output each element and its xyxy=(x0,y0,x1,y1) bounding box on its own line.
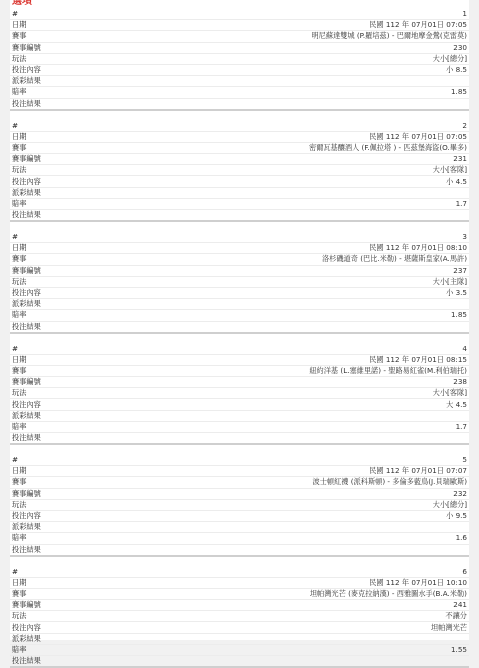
record-play-type-row: 玩法大小[總分] xyxy=(10,54,469,65)
record-index-label: # xyxy=(12,455,18,465)
record-match-number-value: 230 xyxy=(453,43,467,53)
record-match-number-value: 231 xyxy=(453,154,467,164)
record-bet-content-row: 投注內容小 4.5 xyxy=(10,176,469,187)
record-match-number-row: 賽事編號230 xyxy=(10,43,469,54)
record-match-row: 賽事坦帕灣光芒 (麥克拉納漢) - 西雅圖水手(B.A.米勒) xyxy=(10,589,469,600)
record-index-row: #1 xyxy=(10,9,469,20)
record-date-value: 民國 112 年 07月01日 07:07 xyxy=(369,466,467,476)
record-match-label: 賽事 xyxy=(12,143,26,153)
record-bet-content-row: 投注內容小 8.5 xyxy=(10,65,469,76)
record-play-type-label: 玩法 xyxy=(12,165,26,175)
record-index-label: # xyxy=(12,9,18,19)
record-match-number-value: 232 xyxy=(453,489,467,499)
record-payout-result-row: 派彩結果 xyxy=(10,76,469,87)
record-bet-result-row: 投注結果 xyxy=(10,322,469,334)
record-payout-result-row: 派彩結果 xyxy=(10,299,469,310)
record-play-type-value: 大小[客隊] xyxy=(433,165,467,175)
record-payout-result-label: 派彩結果 xyxy=(12,188,41,198)
record-play-type-row: 玩法不讓分 xyxy=(10,611,469,622)
record-match-number-value: 241 xyxy=(453,600,467,610)
record-payout-result-row: 派彩結果 xyxy=(10,522,469,533)
record-index-label: # xyxy=(12,344,18,354)
record-play-type-label: 玩法 xyxy=(12,54,26,64)
record-date-label: 日期 xyxy=(12,578,26,588)
record-play-type-row: 玩法大小[客隊] xyxy=(10,388,469,399)
record-match-number-value: 237 xyxy=(453,266,467,276)
record-odds-row: 賠率1.85 xyxy=(10,87,469,98)
record-payout-result-row: 派彩結果 xyxy=(10,188,469,199)
record-match-row: 賽事明尼蘇達雙城 (P.羅培茲) - 巴爾地摩金鶯(克雷莫) xyxy=(10,31,469,42)
bet-details-panel: 選項 #1日期民國 112 年 07月01日 07:05賽事明尼蘇達雙城 (P.… xyxy=(10,0,469,640)
record-play-type-label: 玩法 xyxy=(12,388,26,398)
record-date-value: 民國 112 年 07月01日 08:15 xyxy=(369,355,467,365)
record-odds-row: 賠率1.85 xyxy=(10,310,469,321)
record-bet-result-label: 投注結果 xyxy=(12,99,41,109)
record-bet-content-row: 投注內容大 4.5 xyxy=(10,399,469,410)
record-play-type-row: 玩法大小[客隊] xyxy=(10,165,469,176)
record-match-value: 坦帕灣光芒 (麥克拉納漢) - 西雅圖水手(B.A.米勒) xyxy=(310,589,467,599)
record-date-value: 民國 112 年 07月01日 10:10 xyxy=(369,578,467,588)
bet-record: #4日期民國 112 年 07月01日 08:15賽事紐約洋基 (L.塞維里諾)… xyxy=(10,344,469,446)
record-bet-content-row: 投注內容坦帕灣光芒 xyxy=(10,622,469,633)
record-match-label: 賽事 xyxy=(12,31,26,41)
record-match-number-row: 賽事編號237 xyxy=(10,266,469,277)
record-payout-result-label: 派彩結果 xyxy=(12,299,41,309)
record-index-label: # xyxy=(12,232,18,242)
record-odds-label: 賠率 xyxy=(12,422,26,432)
bet-record: #6日期民國 112 年 07月01日 10:10賽事坦帕灣光芒 (麥克拉納漢)… xyxy=(10,567,469,641)
record-index-value: 2 xyxy=(462,121,467,131)
record-payout-result-label: 派彩結果 xyxy=(12,634,41,640)
record-match-value: 波士頓紅襪 (派科斯頓) - 多倫多藍鳥(J.貝瑞歐斯) xyxy=(313,477,467,487)
record-match-label: 賽事 xyxy=(12,366,26,376)
record-date-row: 日期民國 112 年 07月01日 07:05 xyxy=(10,20,469,31)
record-match-row: 賽事密爾瓦基釀酒人 (F.佩拉塔 ) - 匹茲堡海盜(O.畢多) xyxy=(10,143,469,154)
record-bet-content-value: 大 4.5 xyxy=(446,400,467,410)
record-bet-content-value: 小 3.5 xyxy=(446,288,467,298)
record-index-row: #4 xyxy=(10,344,469,355)
record-bet-result-row: 投注結果 xyxy=(10,545,469,557)
bet-record: #2日期民國 112 年 07月01日 07:05賽事密爾瓦基釀酒人 (F.佩拉… xyxy=(10,121,469,223)
record-bet-result-label: 投注結果 xyxy=(12,210,41,220)
record-odds-value: 1.7 xyxy=(456,199,467,209)
record-date-label: 日期 xyxy=(12,243,26,253)
record-play-type-label: 玩法 xyxy=(12,500,26,510)
bet-record: #5日期民國 112 年 07月01日 07:07賽事波士頓紅襪 (派科斯頓) … xyxy=(10,455,469,557)
record-match-number-label: 賽事編號 xyxy=(12,377,41,387)
record-match-number-row: 賽事編號238 xyxy=(10,377,469,388)
record-date-row: 日期民國 112 年 07月01日 08:10 xyxy=(10,243,469,254)
record-index-row: #2 xyxy=(10,121,469,132)
record-play-type-value: 不讓分 xyxy=(445,611,467,621)
record-date-label: 日期 xyxy=(12,355,26,365)
record-match-number-row: 賽事編號232 xyxy=(10,489,469,500)
record-date-value: 民國 112 年 07月01日 07:05 xyxy=(369,132,467,142)
record-match-value: 洛杉磯道奇 (巴比.米勒) - 堪薩斯皇家(A.馬許) xyxy=(322,254,467,264)
record-play-type-value: 大小[客隊] xyxy=(433,388,467,398)
record-bet-result-label: 投注結果 xyxy=(12,433,41,443)
record-match-value: 明尼蘇達雙城 (P.羅培茲) - 巴爾地摩金鶯(克雷莫) xyxy=(311,31,467,41)
bet-records-list: #1日期民國 112 年 07月01日 07:05賽事明尼蘇達雙城 (P.羅培茲… xyxy=(10,9,469,640)
record-bet-content-row: 投注內容小 9.5 xyxy=(10,511,469,522)
record-odds-label: 賠率 xyxy=(12,310,26,320)
record-index-row: #3 xyxy=(10,232,469,243)
record-odds-row: 賠率1.7 xyxy=(10,199,469,210)
record-bet-content-label: 投注內容 xyxy=(12,177,41,187)
record-index-value: 4 xyxy=(462,344,467,354)
record-match-number-value: 238 xyxy=(453,377,467,387)
record-index-label: # xyxy=(12,121,18,131)
record-index-value: 3 xyxy=(462,232,467,242)
record-match-row: 賽事紐約洋基 (L.塞維里諾) - 聖路易紅雀(M.利伯瑞托) xyxy=(10,366,469,377)
record-play-type-value: 大小[總分] xyxy=(433,54,467,64)
record-play-type-label: 玩法 xyxy=(12,611,26,621)
record-match-number-label: 賽事編號 xyxy=(12,43,41,53)
record-play-type-row: 玩法大小[主隊] xyxy=(10,277,469,288)
record-match-value: 密爾瓦基釀酒人 (F.佩拉塔 ) - 匹茲堡海盜(O.畢多) xyxy=(309,143,467,153)
record-match-row: 賽事洛杉磯道奇 (巴比.米勒) - 堪薩斯皇家(A.馬許) xyxy=(10,254,469,265)
record-odds-value: 1.85 xyxy=(451,87,467,97)
bet-record: #3日期民國 112 年 07月01日 08:10賽事洛杉磯道奇 (巴比.米勒)… xyxy=(10,232,469,334)
record-date-row: 日期民國 112 年 07月01日 07:05 xyxy=(10,132,469,143)
record-match-number-row: 賽事編號241 xyxy=(10,600,469,611)
record-payout-result-label: 派彩結果 xyxy=(12,522,41,532)
record-date-value: 民國 112 年 07月01日 08:10 xyxy=(369,243,467,253)
record-bet-content-label: 投注內容 xyxy=(12,511,41,521)
record-bet-content-value: 小 4.5 xyxy=(446,177,467,187)
record-odds-value: 1.85 xyxy=(451,310,467,320)
record-bet-content-label: 投注內容 xyxy=(12,400,41,410)
record-index-value: 6 xyxy=(462,567,467,577)
record-odds-row: 賠率1.7 xyxy=(10,422,469,433)
record-match-label: 賽事 xyxy=(12,477,26,487)
record-bet-result-row: 投注結果 xyxy=(10,210,469,222)
record-match-number-label: 賽事編號 xyxy=(12,489,41,499)
record-bet-content-label: 投注內容 xyxy=(12,65,41,75)
record-play-type-value: 大小[主隊] xyxy=(433,277,467,287)
record-date-value: 民國 112 年 07月01日 07:05 xyxy=(369,20,467,30)
record-match-label: 賽事 xyxy=(12,254,26,264)
record-odds-value: 1.6 xyxy=(456,533,467,543)
record-match-value: 紐約洋基 (L.塞維里諾) - 聖路易紅雀(M.利伯瑞托) xyxy=(309,366,467,376)
record-date-label: 日期 xyxy=(12,132,26,142)
record-date-row: 日期民國 112 年 07月01日 10:10 xyxy=(10,578,469,589)
record-odds-label: 賠率 xyxy=(12,199,26,209)
record-bet-content-row: 投注內容小 3.5 xyxy=(10,288,469,299)
bet-record: #1日期民國 112 年 07月01日 07:05賽事明尼蘇達雙城 (P.羅培茲… xyxy=(10,9,469,111)
record-play-type-value: 大小[總分] xyxy=(433,500,467,510)
record-payout-result-label: 派彩結果 xyxy=(12,411,41,421)
record-match-label: 賽事 xyxy=(12,589,26,599)
record-bet-result-row: 投注結果 xyxy=(10,99,469,111)
record-odds-value: 1.7 xyxy=(456,422,467,432)
record-match-number-label: 賽事編號 xyxy=(12,600,41,610)
record-index-label: # xyxy=(12,567,18,577)
record-odds-row: 賠率1.6 xyxy=(10,533,469,544)
record-match-row: 賽事波士頓紅襪 (派科斯頓) - 多倫多藍鳥(J.貝瑞歐斯) xyxy=(10,477,469,488)
record-match-number-label: 賽事編號 xyxy=(12,266,41,276)
record-payout-result-label: 派彩結果 xyxy=(12,76,41,86)
record-index-row: #5 xyxy=(10,455,469,466)
record-index-value: 1 xyxy=(462,9,467,19)
record-play-type-row: 玩法大小[總分] xyxy=(10,500,469,511)
record-odds-label: 賠率 xyxy=(12,533,26,543)
record-bet-result-row: 投注結果 xyxy=(10,433,469,445)
record-index-value: 5 xyxy=(462,455,467,465)
section-title: 選項 xyxy=(12,0,32,8)
record-bet-content-label: 投注內容 xyxy=(12,623,41,633)
record-index-row: #6 xyxy=(10,567,469,578)
record-date-label: 日期 xyxy=(12,466,26,476)
record-date-label: 日期 xyxy=(12,20,26,30)
record-odds-label: 賠率 xyxy=(12,87,26,97)
record-match-number-row: 賽事編號231 xyxy=(10,154,469,165)
record-play-type-label: 玩法 xyxy=(12,277,26,287)
record-bet-result-label: 投注結果 xyxy=(12,322,41,332)
record-bet-content-label: 投注內容 xyxy=(12,288,41,298)
record-bet-result-label: 投注結果 xyxy=(12,545,41,555)
record-bet-content-value: 坦帕灣光芒 xyxy=(431,623,467,633)
record-payout-result-row: 派彩結果 xyxy=(10,634,469,640)
record-match-number-label: 賽事編號 xyxy=(12,154,41,164)
record-bet-content-value: 小 8.5 xyxy=(446,65,467,75)
record-date-row: 日期民國 112 年 07月01日 07:07 xyxy=(10,466,469,477)
record-bet-content-value: 小 9.5 xyxy=(446,511,467,521)
record-date-row: 日期民國 112 年 07月01日 08:15 xyxy=(10,355,469,366)
record-payout-result-row: 派彩結果 xyxy=(10,411,469,422)
